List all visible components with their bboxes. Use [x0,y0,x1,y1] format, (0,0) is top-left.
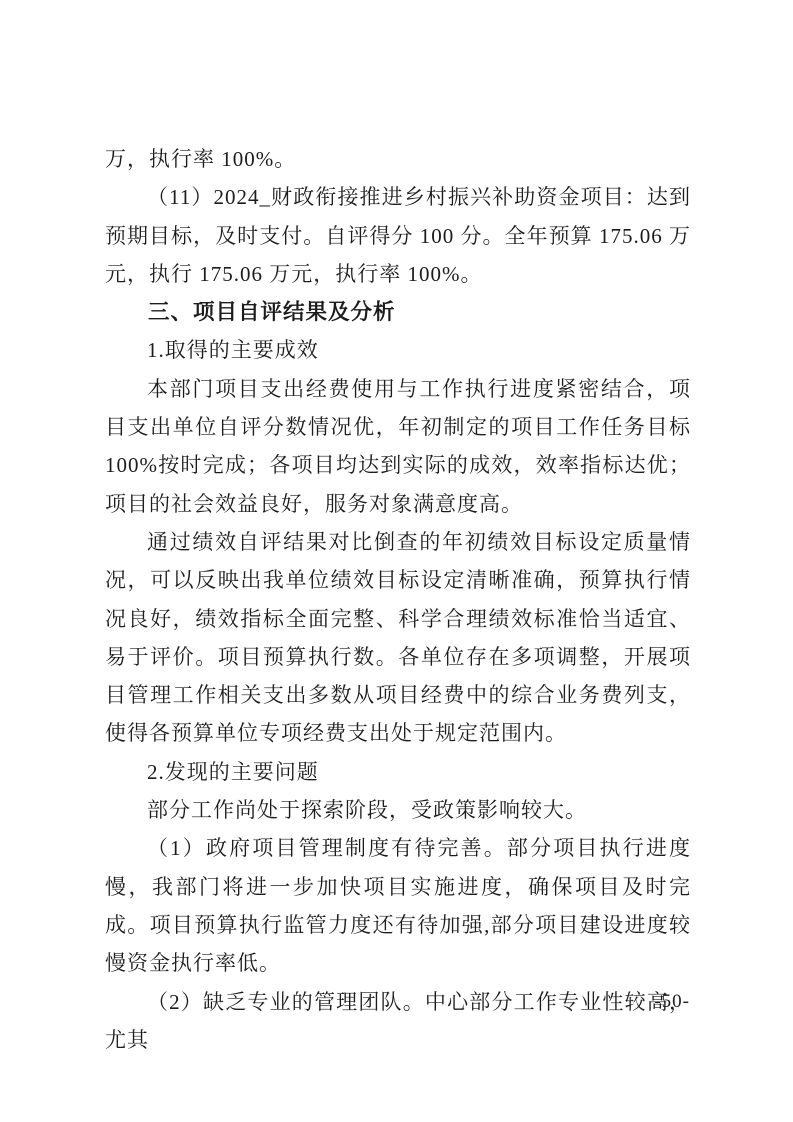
paragraph-performance-review: 通过绩效自评结果对比倒查的年初绩效目标设定质量情况，可以反映出我单位绩效目标设定… [105,523,691,753]
paragraph-problem-1-management-system: （1）政府项目管理制度有待完善。部分项目执行进度慢，我部门将进一步加快项目实施进… [105,829,691,982]
subheading-main-achievements: 1.取得的主要成效 [105,331,691,369]
paragraph-item-11-rural-revitalization: （11）2024_财政衔接推进乡村振兴补助资金项目：达到预期目标，及时支付。自评… [105,178,691,293]
paragraph-execution-rate-continuation: 万，执行率 100%。 [105,140,691,178]
document-page: 万，执行率 100%。 （11）2024_财政衔接推进乡村振兴补助资金项目：达到… [0,0,793,1122]
page-number: -50- [654,991,690,1013]
section-heading-self-evaluation-results: 三、项目自评结果及分析 [105,293,691,331]
document-body: 万，执行率 100%。 （11）2024_财政衔接推进乡村振兴补助资金项目：达到… [105,140,691,1059]
paragraph-achievements-detail: 本部门项目支出经费使用与工作执行进度紧密结合，项目支出单位自评分数情况优，年初制… [105,370,691,523]
subheading-main-problems: 2.发现的主要问题 [105,753,691,791]
paragraph-problems-intro: 部分工作尚处于探索阶段，受政策影响较大。 [105,791,691,829]
paragraph-problem-2-management-team: （2）缺乏专业的管理团队。中心部分工作专业性较高，尤其 [105,983,691,1060]
